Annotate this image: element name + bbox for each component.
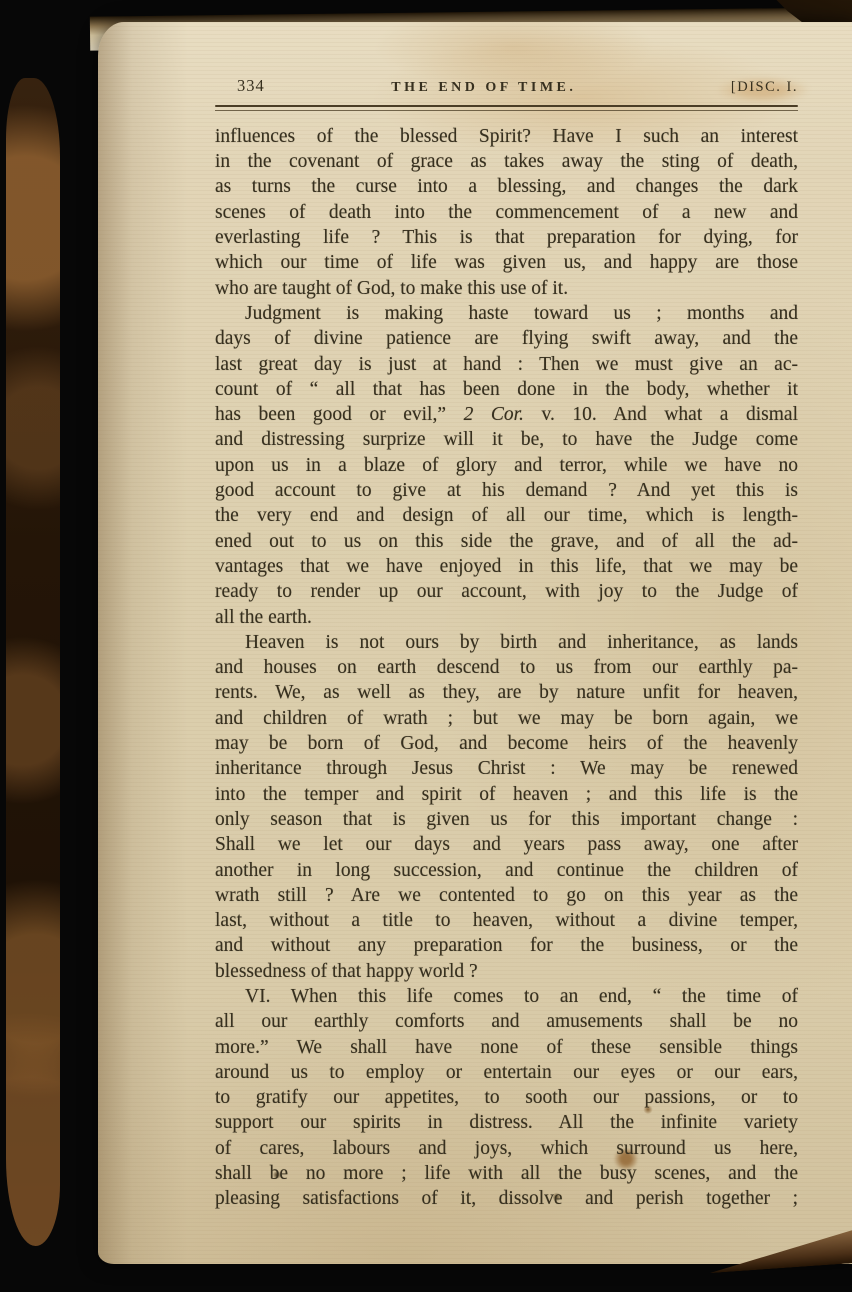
- text-line: Heaven is not ours by birth and inherita…: [215, 630, 798, 655]
- text-line: another in long succession, and continue…: [215, 858, 798, 883]
- book-page: 334 THE END OF TIME. [DISC. I. influence…: [98, 22, 852, 1264]
- text-line: Judgment is making haste toward us ; mon…: [215, 301, 798, 326]
- text-line: count of “ all that has been done in the…: [215, 377, 798, 402]
- discourse-label: [DISC. I.: [731, 79, 798, 96]
- text-line: the very end and design of all our time,…: [215, 503, 798, 528]
- text-line: to gratify our appetites, to sooth our p…: [215, 1085, 798, 1110]
- text-line: ened out to us on this side the grave, a…: [215, 529, 798, 554]
- text-line: VI. When this life comes to an end, “ th…: [215, 984, 798, 1009]
- page-number: 334: [237, 76, 265, 96]
- paragraph: Heaven is not ours by birth and inherita…: [215, 630, 798, 984]
- text-line: and distressing surprize will it be, to …: [215, 427, 798, 452]
- header-rule-thin: [215, 110, 798, 111]
- page-content: 334 THE END OF TIME. [DISC. I. influence…: [215, 76, 798, 1212]
- text-line: last great day is just at hand : Then we…: [215, 352, 798, 377]
- text-line: may be born of God, and become heirs of …: [215, 731, 798, 756]
- text-line: has been good or evil,” 2 Cor. v. 10. An…: [215, 402, 798, 427]
- text-line: vantages that we have enjoyed in this li…: [215, 554, 798, 579]
- text-line: everlasting life ? This is that preparat…: [215, 225, 798, 250]
- text-line: which our time of life was given us, and…: [215, 250, 798, 275]
- text-line: all our earthly comforts and amusements …: [215, 1009, 798, 1034]
- text-line: ready to render up our account, with joy…: [215, 579, 798, 604]
- text-line: last, without a title to heaven, without…: [215, 908, 798, 933]
- text-line: support our spirits in distress. All the…: [215, 1110, 798, 1135]
- running-title: THE END OF TIME.: [391, 80, 576, 96]
- paragraph: Judgment is making haste toward us ; mon…: [215, 301, 798, 630]
- text-line: as turns the curse into a blessing, and …: [215, 174, 798, 199]
- text-line: and without any preparation for the busi…: [215, 933, 798, 958]
- text-line: influences of the blessed Spirit? Have I…: [215, 124, 798, 149]
- text-line: wrath still ? Are we contented to go on …: [215, 883, 798, 908]
- page-header: 334 THE END OF TIME. [DISC. I.: [215, 76, 798, 100]
- text-line: of cares, labours and joys, which surrou…: [215, 1136, 798, 1161]
- text-line: shall be no more ; life with all the bus…: [215, 1161, 798, 1186]
- text-line: pleasing satisfactions of it, dissolve a…: [215, 1186, 798, 1211]
- text-line: and houses on earth descend to us from o…: [215, 655, 798, 680]
- text-line: upon us in a blaze of glory and terror, …: [215, 453, 798, 478]
- text-line: around us to employ or entertain our eye…: [215, 1060, 798, 1085]
- paragraph: VI. When this life comes to an end, “ th…: [215, 984, 798, 1212]
- text-line: rents. We, as well as they, are by natur…: [215, 680, 798, 705]
- paragraph: influences of the blessed Spirit? Have I…: [215, 124, 798, 301]
- text-line: into the temper and spirit of heaven ; a…: [215, 782, 798, 807]
- text-line: only season that is given us for this im…: [215, 807, 798, 832]
- body-text: influences of the blessed Spirit? Have I…: [215, 124, 798, 1212]
- text-line: all the earth.: [215, 605, 798, 630]
- header-rule: [215, 105, 798, 111]
- text-line: days of divine patience are flying swift…: [215, 326, 798, 351]
- book-photo: 334 THE END OF TIME. [DISC. I. influence…: [0, 0, 852, 1292]
- text-line: more.” We shall have none of these sensi…: [215, 1035, 798, 1060]
- text-line: inheritance through Jesus Christ : We ma…: [215, 756, 798, 781]
- text-line: blessedness of that happy world ?: [215, 959, 798, 984]
- text-line: who are taught of God, to make this use …: [215, 276, 798, 301]
- text-line: good account to give at his demand ? And…: [215, 478, 798, 503]
- text-line: in the covenant of grace as takes away t…: [215, 149, 798, 174]
- header-rule-thick: [215, 105, 798, 107]
- text-line: scenes of death into the commencement of…: [215, 200, 798, 225]
- text-line: and children of wrath ; but we may be bo…: [215, 706, 798, 731]
- text-line: Shall we let our days and years pass awa…: [215, 832, 798, 857]
